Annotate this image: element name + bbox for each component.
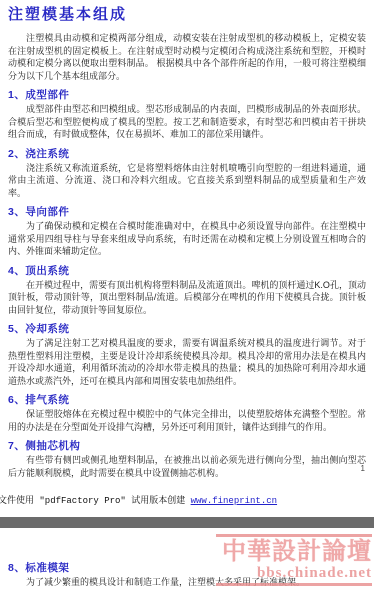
section-body: 为了满足注射工艺对模具温度的要求，需要有调温系统对模具的温度进行调节。对于热塑性… <box>8 337 366 387</box>
page-number: 1 <box>361 464 365 473</box>
watermark-top-line <box>216 534 372 537</box>
section-heading: 3、导向部件 <box>8 206 366 219</box>
section-body: 有些带有侧凹或侧孔地塑料制品，在被推出以前必须先进行侧向分型，抽出侧向型芯后方能… <box>8 454 366 479</box>
section-body: 在开模过程中，需要有顶出机构将塑料制品及流道顶出。啤机的顶杆通过K.O孔，顶动顶… <box>8 279 366 317</box>
footer-link[interactable]: www.fineprint.cn <box>191 496 277 506</box>
section-body: 保证塑胶熔体在充模过程中模腔中的气体完全排出，以使塑胶熔体充满整个型腔。常用的办… <box>8 408 366 433</box>
section-venting-system: 6、排气系统 保证塑胶熔体在充模过程中模腔中的气体完全排出，以使塑胶熔体充满整个… <box>8 394 366 433</box>
section-guide-parts: 3、导向部件 为了确保动模和定模在合模时能准确对中，在模具中必须设置导向部件。在… <box>8 206 366 258</box>
section-heading: 7、侧抽芯机构 <box>8 440 366 453</box>
footer-prefix: 文件使用 "pdfFactory Pro" 试用版本创建 <box>0 496 191 506</box>
document-content: 注塑模基本组成 注塑模具由动模和定模两部分组成，动模安装在注射成型机的移动模板上… <box>0 0 374 479</box>
section-heading: 8、标准模架 <box>8 562 366 575</box>
section-standard-mold-base: 8、标准模架 为了减少繁重的模具设计和制造工作量，注塑模大多采用了标准模架。 <box>8 562 366 589</box>
section-gating-system: 2、浇注系统 浇注系统又称流道系统，它是将塑料熔体由注射机喷嘴引向型腔的一组进料… <box>8 148 366 200</box>
section-body: 成型部件由型芯和凹模组成。型芯形成制品的内表面，凹模形成制品的外表面形状。合模后… <box>8 103 366 141</box>
section-heading: 1、成型部件 <box>8 89 366 102</box>
section-heading: 4、顶出系统 <box>8 265 366 278</box>
page-title: 注塑模基本组成 <box>8 6 366 24</box>
divider-bar <box>0 517 374 528</box>
section-body: 为了确保动模和定模在合模时能准确对中，在模具中必须设置导向部件。在注塑模中通常采… <box>8 220 366 258</box>
section-side-core-pulling: 7、侧抽芯机构 有些带有侧凹或侧孔地塑料制品，在被推出以前必须先进行侧向分型，抽… <box>8 440 366 479</box>
section-cooling-system: 5、冷却系统 为了满足注射工艺对模具温度的要求，需要有调温系统对模具的温度进行调… <box>8 323 366 387</box>
section-body: 为了减少繁重的模具设计和制造工作量，注塑模大多采用了标准模架。 <box>8 576 366 589</box>
section-forming-parts: 1、成型部件 成型部件由型芯和凹模组成。型芯形成制品的内表面，凹模形成制品的外表… <box>8 89 366 141</box>
section-heading: 5、冷却系统 <box>8 323 366 336</box>
section-heading: 6、排气系统 <box>8 394 366 407</box>
section-ejection-system: 4、顶出系统 在开模过程中，需要有顶出机构将塑料制品及流道顶出。啤机的顶杆通过K… <box>8 265 366 317</box>
footer-text: 文件使用 "pdfFactory Pro" 试用版本创建 www.finepri… <box>0 493 278 506</box>
intro-paragraph: 注塑模具由动模和定模两部分组成，动模安装在注射成型机的移动模板上，定模安装在注射… <box>8 32 366 82</box>
section-heading: 2、浇注系统 <box>8 148 366 161</box>
document-page: 注塑模基本组成 注塑模具由动模和定模两部分组成，动模安装在注射成型机的移动模板上… <box>0 0 374 596</box>
section-body: 浇注系统又称流道系统，它是将塑料熔体由注射机喷嘴引向型腔的一组进料通道，通常由主… <box>8 162 366 200</box>
